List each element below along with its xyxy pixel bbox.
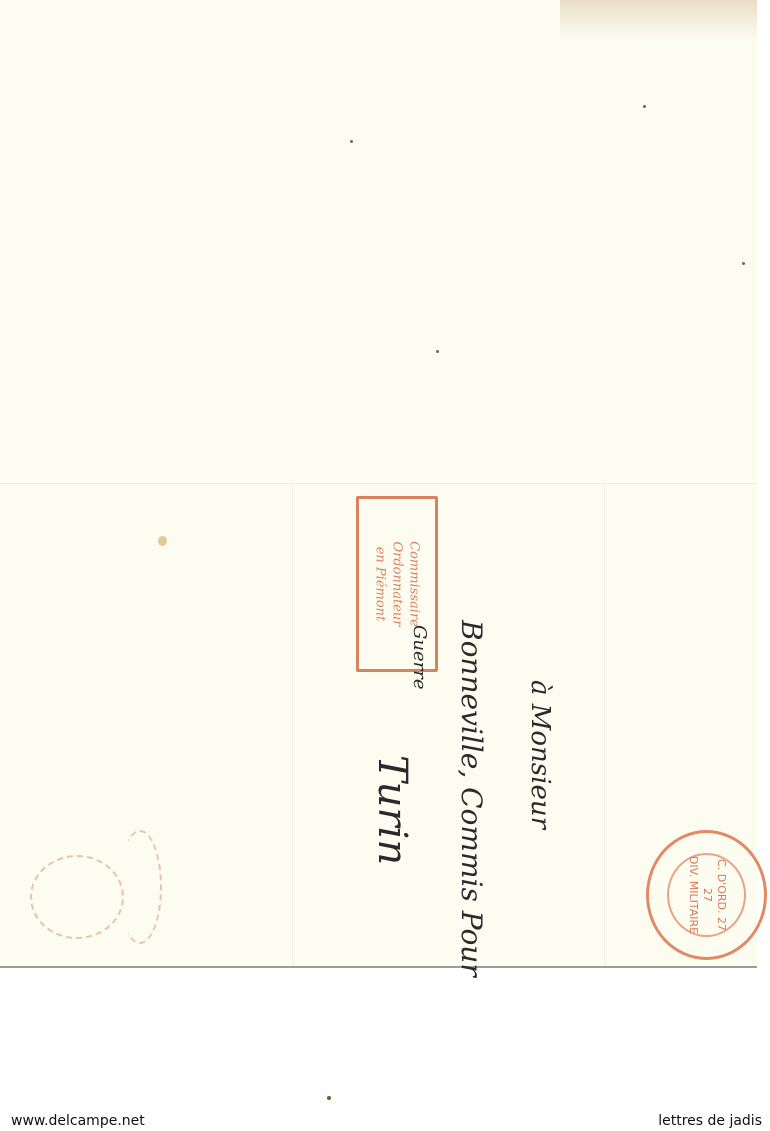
circular-postmark: C. D'ORD. 27 27 DIV. MILITAIRE [646, 830, 767, 960]
paper-speck [436, 350, 439, 353]
faded-postmark-arc [118, 830, 162, 944]
scan-speck [327, 1096, 331, 1100]
address-name: Bonneville, Commis Pour [455, 620, 488, 977]
address-department: Guerre [409, 625, 430, 690]
watermark-footer: www.delcampe.net lettres de jadis [0, 1113, 770, 1131]
letter-scan: Commissaire Ordonnateur en Piémont à Mon… [0, 0, 757, 968]
paper-speck [643, 105, 646, 108]
seller-watermark: lettres de jadis [658, 1113, 762, 1129]
paper-speck [742, 262, 745, 265]
address-city: Turin [369, 755, 415, 865]
address-block: à Monsieur Bonneville, Commis Pour Guerr… [360, 615, 560, 935]
fold-line-horizontal [0, 483, 757, 484]
source-watermark: www.delcampe.net [11, 1113, 145, 1129]
paper-speck [350, 140, 353, 143]
fold-line-vertical-right [604, 483, 605, 966]
paper-stain [158, 536, 167, 546]
paper-discoloration [560, 0, 757, 40]
address-salutation: à Monsieur [525, 680, 555, 829]
faded-postmark [30, 855, 124, 939]
postmark-line: DIV. MILITAIRE [686, 835, 700, 955]
postmark-line: 27 [700, 835, 714, 955]
postmark-line: C. D'ORD. 27 [714, 835, 728, 955]
fold-line-vertical-left [292, 483, 293, 966]
